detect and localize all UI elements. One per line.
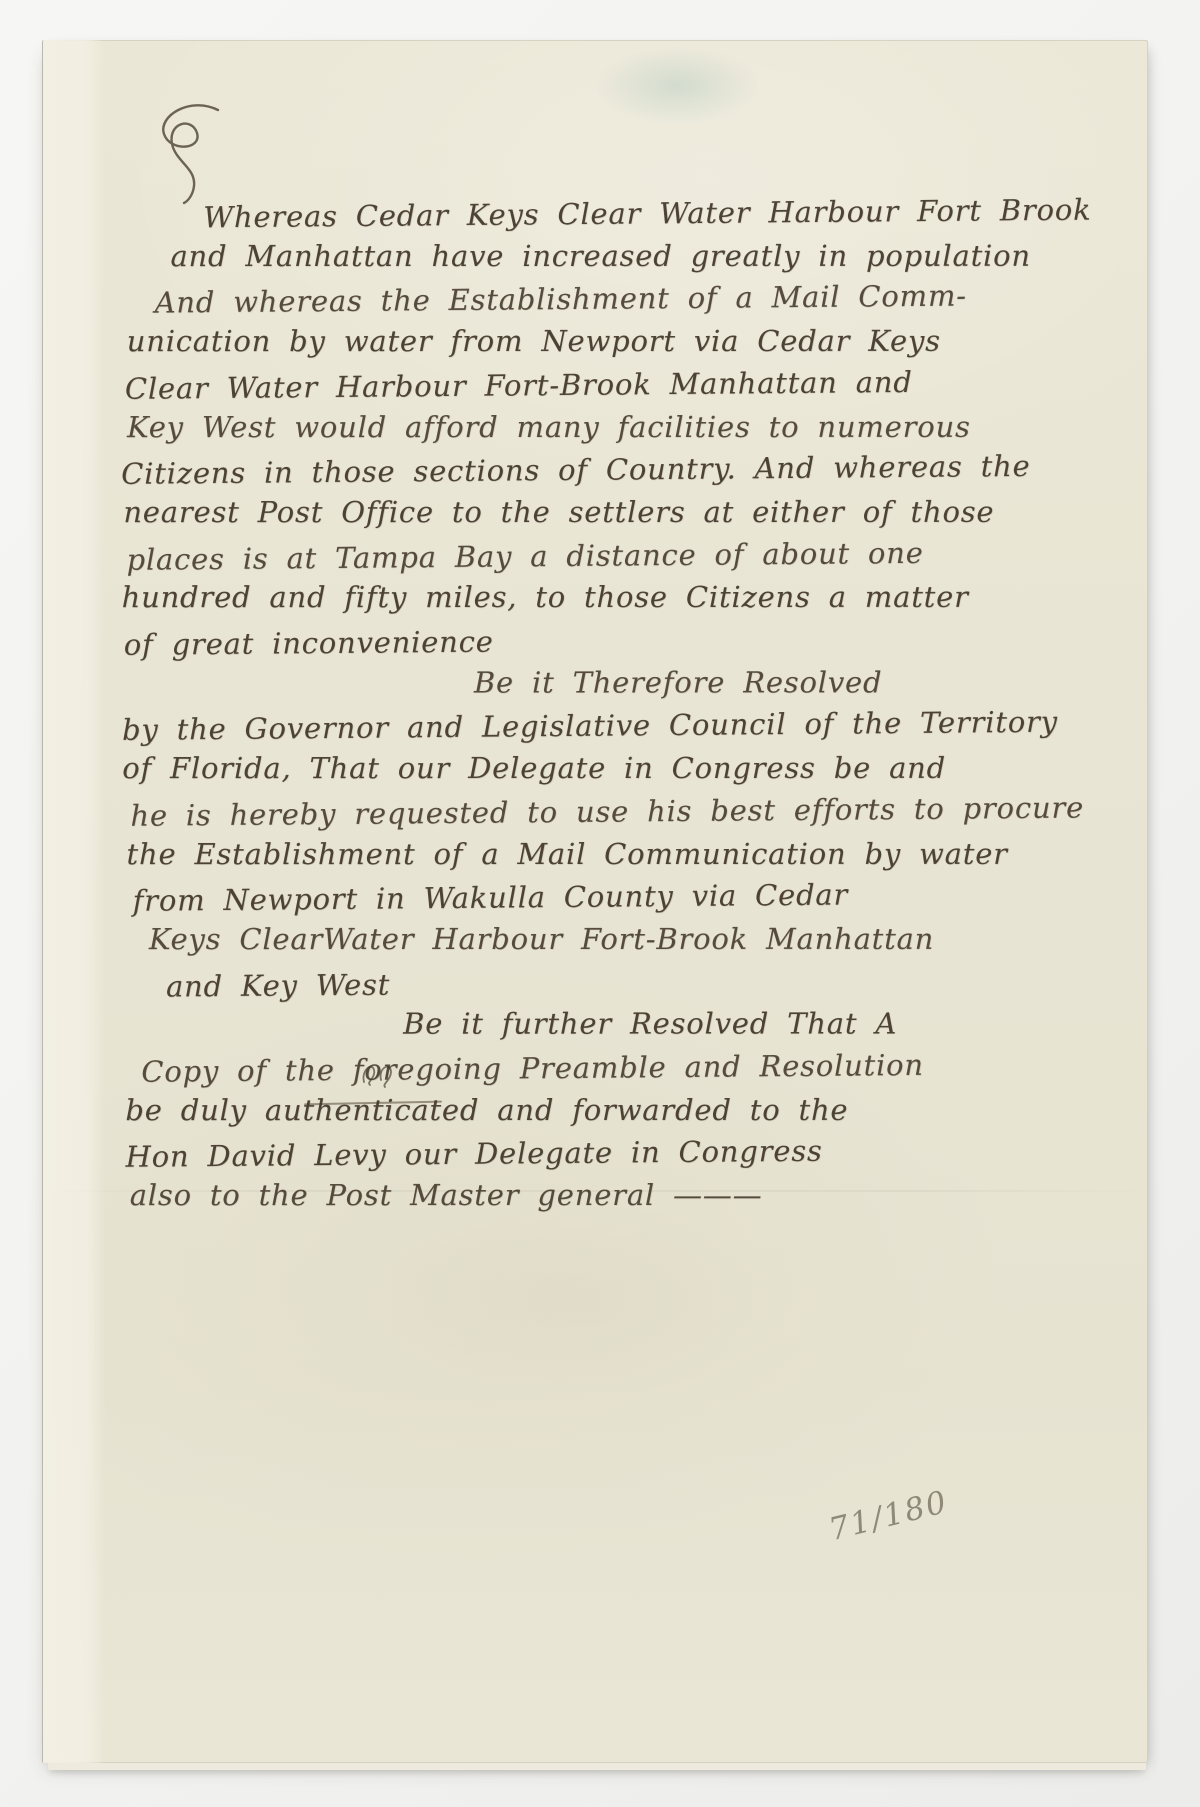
manuscript-line: Hon David Levy our Delegate in Congress xyxy=(125,1128,1113,1179)
manuscript-line: unication by water from Newport via Ceda… xyxy=(127,320,1111,363)
manuscript-paper: Whereas Cedar Keys Clear Water Harbour F… xyxy=(42,40,1148,1763)
manuscript-line: And whereas the Establishment of a Mail … xyxy=(154,274,1110,325)
manuscript-line: by the Governor and Legislative Council … xyxy=(122,701,1112,752)
manuscript-line: nearest Post Office to the settlers at e… xyxy=(123,491,1111,534)
paper-left-hinge-band xyxy=(42,40,106,1763)
manuscript-line: Clear Water Harbour Fort-Brook Manhattan… xyxy=(125,359,1111,410)
manuscript-line: Copy of the foregoing Preamble and Resol… xyxy=(141,1042,1113,1093)
manuscript-line: places is at Tampa Bay a distance of abo… xyxy=(126,530,1111,581)
manuscript-line: the Establishment of a Mail Communicatio… xyxy=(127,832,1113,875)
manuscript-line: of great inconvenience xyxy=(124,615,1112,666)
manuscript-line: and Key West xyxy=(166,957,1113,1008)
manuscript-line: from Newport in Wakulla County via Cedar xyxy=(133,871,1113,922)
scan-background: Whereas Cedar Keys Clear Water Harbour F… xyxy=(0,0,1200,1807)
manuscript-line: Citizens in those sections of Country. A… xyxy=(121,444,1111,495)
ink-flourish-icon xyxy=(144,102,236,206)
archival-number: 71/180 xyxy=(825,1484,951,1548)
manuscript-line: Be it further Resolved That A xyxy=(403,1003,1113,1046)
manuscript-line: he is hereby requested to use his best e… xyxy=(130,786,1112,837)
manuscript-line: Whereas Cedar Keys Clear Water Harbour F… xyxy=(203,188,1110,239)
manuscript-line: Be it Therefore Resolved xyxy=(474,661,1112,704)
teal-stain xyxy=(562,36,792,146)
manuscript-line: be duly authenticated and forwarded to t… xyxy=(125,1089,1113,1132)
correction-scribble-icon xyxy=(358,1058,396,1092)
manuscript-line: Key West would afford many facilities to… xyxy=(127,405,1111,448)
manuscript-text-block: Whereas Cedar Keys Clear Water Harbour F… xyxy=(120,190,1114,1218)
manuscript-line: hundred and fifty miles, to those Citize… xyxy=(122,576,1112,619)
manuscript-line: of Florida, That our Delegate in Congres… xyxy=(122,747,1112,790)
manuscript-line: and Manhattan have increased greatly in … xyxy=(170,234,1110,277)
manuscript-line: Keys ClearWater Harbour Fort-Brook Manha… xyxy=(149,918,1113,961)
manuscript-line: also to the Post Master general ——— xyxy=(130,1174,1114,1217)
